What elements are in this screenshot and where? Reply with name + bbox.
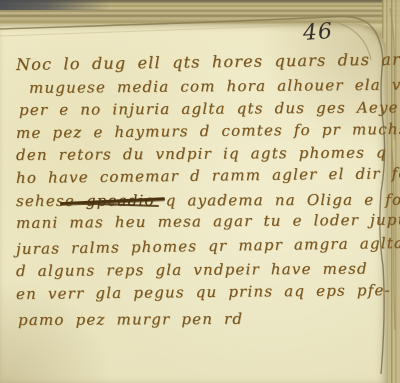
manuscript-line: pamo pez murgr pen rd [16,307,380,331]
manuscript-line: me pez e haymurs d comtes fo pr muchs [16,118,380,144]
folio-number: 46 [302,19,334,46]
manuscript-line: mani mas heu mesa agar tu e loder jupu [16,209,380,235]
manuscript-scan: 46 Noc lo dug ell qts hores quars dus ar… [0,0,400,383]
manuscript-line: ho have comemar d ramm agler el dir feir [16,163,380,190]
handwritten-text: Noc lo dug ell qts hores quars dus ars m… [16,54,380,331]
manuscript-line: muguese media com hora alhouer ela vind [16,73,380,99]
manuscript-line: Noc lo dug ell qts hores quars dus ars [16,49,380,77]
line-text-after-strike: q ayadema na Oliga e fo [155,190,400,209]
struck-word: gpeadio [86,189,155,212]
manuscript-line: en verr gla pegus qu prins aq eps pfe- [16,279,380,305]
manuscript-line: juras ralms phomes qr mapr amgra aglta [16,232,380,260]
